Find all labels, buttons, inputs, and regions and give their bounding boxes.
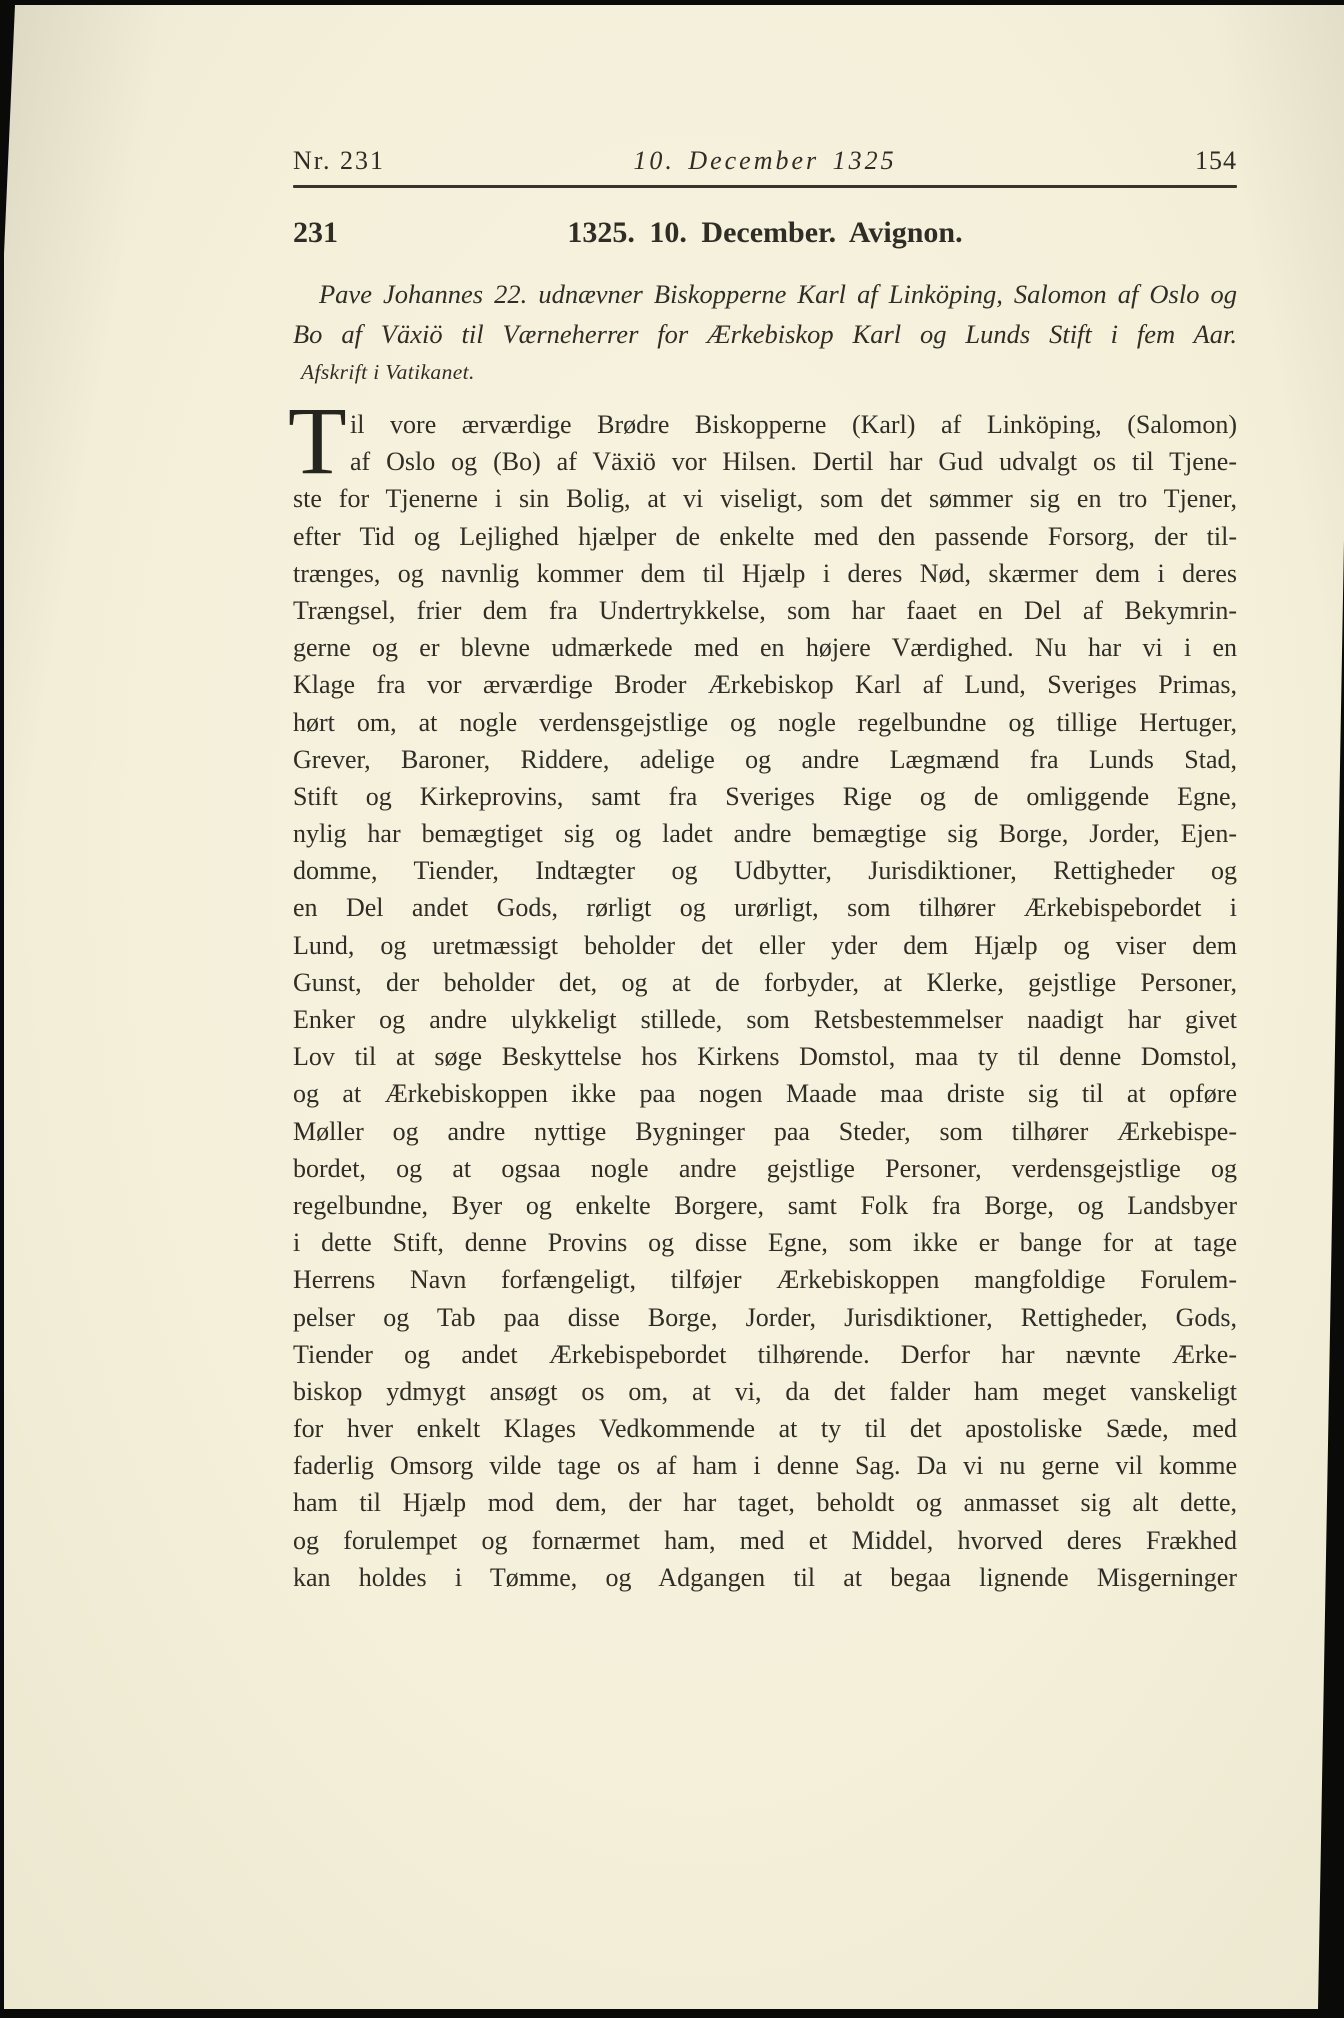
body-line: og at Ærkebiskoppen ikke paa nogen Maade… [293,1075,1237,1112]
body-line: Grever, Baroner, Riddere, adelige og and… [293,741,1237,778]
running-header-date: 10. December 1325 [633,146,896,176]
body-line: faderlig Omsorg vilde tage os af ham i d… [293,1447,1237,1484]
body-line: en Del andet Gods, rørligt og urørligt, … [293,889,1237,926]
body-line: Stift og Kirkeprovins, samt fra Sveriges… [293,778,1237,815]
body-line: efter Tid og Lejlighed hjælper de enkelt… [293,518,1237,555]
body-line: bordet, og at ogsaa nogle andre gejstlig… [293,1150,1237,1187]
source-note: Afskrift i Vatikanet. [301,360,1245,385]
document-number: 231 [293,216,338,250]
body-lines: il vore ærværdige Brødre Biskopperne (Ka… [293,406,1237,1596]
body-line: for hver enkelt Klages Vedkommende at ty… [293,1410,1237,1447]
body-line: af Oslo og (Bo) af Växiö vor Hilsen. Der… [293,443,1237,480]
body-line: biskop ydmygt ansøgt os om, at vi, da de… [293,1373,1237,1410]
body-line: hørt om, at nogle verdensgejstlige og no… [293,704,1237,741]
paper-sheet: Nr. 231 10. December 1325 154 231 1325. … [0,0,1344,2018]
body-line: i dette Stift, denne Provins og disse Eg… [293,1224,1237,1261]
body-line: Gunst, der beholder det, og at de forbyd… [293,964,1237,1001]
body-text: T il vore ærværdige Brødre Biskopperne (… [293,406,1237,1596]
body-line: Lund, og uretmæssigt beholder det eller … [293,927,1237,964]
body-line: domme, Tiender, Indtægter og Udbytter, J… [293,852,1237,889]
body-line: gerne og er blevne udmærkede med en høje… [293,629,1237,666]
body-line: pelser og Tab paa disse Borge, Jorder, J… [293,1299,1237,1336]
body-line: ste for Tjenerne i sin Bolig, at vi vise… [293,480,1237,517]
scanned-book-page: Nr. 231 10. December 1325 154 231 1325. … [0,0,1344,2018]
body-line: Tiender og andet Ærkebispebordet tilhøre… [293,1336,1237,1373]
document-heading: 231 1325. 10. December. Avignon. [293,216,1237,256]
body-line: ham til Hjælp mod dem, der har taget, be… [293,1484,1237,1521]
running-header: Nr. 231 10. December 1325 154 [293,146,1237,176]
body-line: regelbundne, Byer og enkelte Borgere, sa… [293,1187,1237,1224]
body-line: kan holdes i Tømme, og Adgangen til at b… [293,1559,1237,1596]
body-line: og forulempet og fornærmet ham, med et M… [293,1522,1237,1559]
body-line: Møller og andre nyttige Bygninger paa St… [293,1113,1237,1150]
body-line: Enker og andre ulykkeligt stillede, som … [293,1001,1237,1038]
header-rule [293,185,1237,188]
drop-cap: T [288,409,347,473]
summary-line: Pave Johannes 22. udnævner Biskopperne K… [293,274,1237,314]
body-line: Lov til at søge Beskyttelse hos Kirkens … [293,1038,1237,1075]
body-line: il vore ærværdige Brødre Biskopperne (Ka… [293,406,1237,443]
body-line: Klage fra vor ærværdige Broder Ærkebisko… [293,666,1237,703]
body-line: trænges, og navnlig kommer dem til Hjælp… [293,555,1237,592]
page-number: 154 [897,146,1237,176]
document-summary: Pave Johannes 22. udnævner Biskopperne K… [293,274,1237,354]
summary-line: Bo af Växiö til Værneherrer for Ærkebisk… [293,314,1237,354]
running-header-number: Nr. 231 [293,146,633,176]
body-line: Herrens Navn forfængeligt, tilføjer Ærke… [293,1261,1237,1298]
body-line: Trængsel, frier dem fra Undertrykkelse, … [293,592,1237,629]
document-title: 1325. 10. December. Avignon. [293,216,1237,250]
body-line: nylig har bemægtiget sig og ladet andre … [293,815,1237,852]
